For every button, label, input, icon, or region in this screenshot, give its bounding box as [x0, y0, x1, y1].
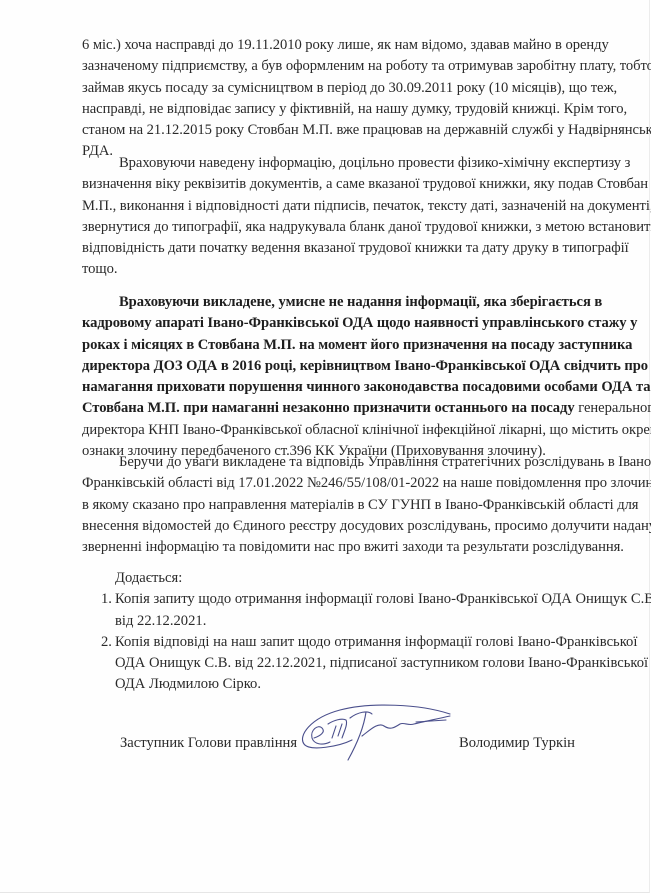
text-line: Враховуючи наведену інформацію, доцільно… — [82, 153, 589, 174]
text-line: тощо. — [82, 259, 589, 280]
text-line: кадровому апараті Івано-Франківської ОДА… — [82, 313, 589, 334]
attachments-section: Додається: 1. Копія запиту щодо отриманн… — [82, 568, 589, 696]
normal-text: директора КНП Івано-Франківської обласно… — [82, 422, 651, 438]
text-line: М.П., виконання і відповідності дати під… — [82, 196, 589, 217]
list-number: 1. — [101, 589, 112, 610]
paragraph-request: Беручи до уваги викладене та відповідь У… — [82, 452, 589, 558]
text-line: визначення віку реквізитів документів, а… — [82, 174, 589, 195]
text-line: насправді, не відповідає запису у фіктив… — [82, 99, 589, 120]
text-line: звернутися до типографії, яка надрукувал… — [82, 217, 589, 238]
signatory-name: Володимир Туркін — [459, 735, 575, 752]
text-line: відповідність дати початку ведення вказа… — [82, 238, 589, 259]
text-line: ОДА Онищук С.В. від 22.12.2021, підписан… — [115, 653, 589, 674]
attachment-item: 1. Копія запиту щодо отримання інформаці… — [82, 589, 589, 632]
bold-text: роках і місяцях в Стовбана М.П. на момен… — [82, 337, 632, 353]
text-line: 6 міс.) хоча насправді до 19.11.2010 рок… — [82, 35, 589, 56]
text-line: станом на 21.12.2015 року Стовбан М.П. в… — [82, 120, 589, 141]
text-line: ОДА Людмилою Сірко. — [115, 674, 589, 695]
bold-text: Враховуючи викладене, умисне не надання … — [119, 294, 602, 310]
bold-text: директора ДОЗ ОДА в 2016 році, керівницт… — [82, 358, 648, 374]
document-page: 6 міс.) хоча насправді до 19.11.2010 рок… — [0, 0, 650, 893]
signatory-position: Заступник Голови правління — [120, 735, 297, 752]
text-line: внесення відомостей до Єдиного реєстру д… — [82, 516, 589, 537]
paragraph-continuation: 6 міс.) хоча насправді до 19.11.2010 рок… — [82, 35, 589, 163]
text-line: в якому сказано про направлення матеріал… — [82, 495, 589, 516]
paragraph-conclusion-bold: Враховуючи викладене, умисне не надання … — [82, 292, 589, 462]
list-number: 2. — [101, 632, 112, 653]
signature-block: Заступник Голови правління Володимир Тур… — [0, 726, 651, 786]
text-line: займав якусь посаду за сумісництвом в пе… — [82, 78, 589, 99]
text-line: Беручи до уваги викладене та відповідь У… — [82, 452, 589, 473]
text-line: Копія запиту щодо отримання інформації г… — [115, 589, 589, 610]
attachments-title: Додається: — [82, 568, 589, 589]
text-line: директора КНП Івано-Франківської обласно… — [82, 420, 589, 441]
text-line: намагання приховати порушення чинного за… — [82, 377, 589, 398]
handwritten-signature-icon — [290, 700, 460, 772]
normal-text: генерального — [575, 400, 651, 416]
text-line: роках і місяцях в Стовбана М.П. на момен… — [82, 335, 589, 356]
text-line: директора ДОЗ ОДА в 2016 році, керівницт… — [82, 356, 589, 377]
text-line: зазначеному підприємству, а був оформлен… — [82, 56, 589, 77]
paragraph-expertise: Враховуючи наведену інформацію, доцільно… — [82, 153, 589, 281]
text-line: зверненні інформацію та повідомити нас п… — [82, 537, 589, 558]
bold-text: намагання приховати порушення чинного за… — [82, 379, 651, 395]
bold-text: Стовбана М.П. при намаганні незаконно пр… — [82, 400, 575, 416]
text-line: Франківській області від 17.01.2022 №246… — [82, 473, 589, 494]
attachment-item: 2. Копія відповіді на наш запит щодо отр… — [82, 632, 589, 696]
text-line: від 22.12.2021. — [115, 611, 589, 632]
text-line: Враховуючи викладене, умисне не надання … — [82, 292, 589, 313]
text-line: Копія відповіді на наш запит щодо отрима… — [115, 632, 589, 653]
text-line: Стовбана М.П. при намаганні незаконно пр… — [82, 398, 589, 419]
bold-text: кадровому апараті Івано-Франківської ОДА… — [82, 315, 637, 331]
